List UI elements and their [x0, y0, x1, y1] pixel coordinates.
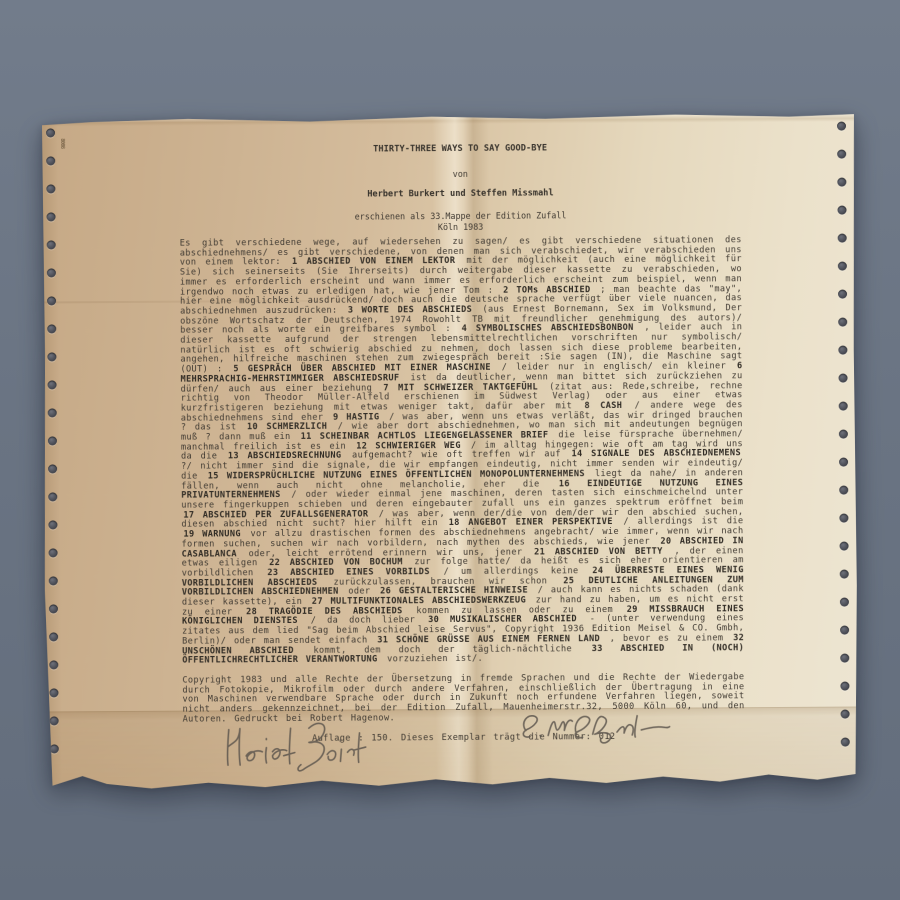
tractor-hole	[839, 458, 848, 467]
tractor-hole	[49, 548, 58, 557]
tractor-hole	[840, 570, 849, 579]
tractor-hole	[837, 206, 846, 215]
tractor-hole	[838, 262, 847, 271]
tractor-hole	[841, 710, 850, 719]
tractor-hole	[839, 430, 848, 439]
authors: Herbert Burkert und Steffen Missmahl	[179, 187, 741, 200]
tractor-hole	[840, 542, 849, 551]
tractor-hole	[840, 598, 849, 607]
tractor-hole	[841, 738, 850, 747]
tractor-hole	[839, 486, 848, 495]
tractor-hole	[47, 352, 56, 361]
tractor-hole	[46, 156, 55, 165]
numbered-item: 8 CASH	[582, 401, 624, 411]
paper: 8008 THIRTY-THREE WAYS TO SAY GOOD-BYE v…	[42, 114, 858, 793]
tractor-hole	[47, 296, 56, 305]
tractor-hole	[49, 632, 58, 641]
tractor-hole	[840, 682, 849, 691]
tractor-hole-column-right	[837, 122, 850, 747]
tractor-hole	[48, 436, 57, 445]
signature-herbert-burkert	[222, 714, 374, 775]
tractor-hole	[839, 514, 848, 523]
tractor-hole	[838, 346, 847, 355]
title-block: THIRTY-THREE WAYS TO SAY GOOD-BYE von He…	[179, 114, 742, 233]
tractor-hole	[838, 318, 847, 327]
tractor-hole	[837, 150, 846, 159]
tractor-hole	[840, 626, 849, 635]
tractor-hole	[50, 716, 59, 725]
tractor-hole	[840, 654, 849, 663]
tractor-hole	[47, 324, 56, 333]
signature-s-missmahl	[512, 705, 674, 754]
tractor-hole	[46, 184, 55, 193]
tractor-hole	[838, 290, 847, 299]
tractor-hole	[48, 520, 57, 529]
tractor-hole	[837, 122, 846, 131]
tractor-hole	[47, 212, 56, 221]
edge-stamp: 8008	[59, 138, 64, 148]
tractor-hole	[48, 492, 57, 501]
body-paragraph: Es gibt verschiedene wege, auf wiederseh…	[180, 236, 745, 666]
body-text-run: vorzuziehen ist/.	[380, 654, 483, 665]
tractor-hole	[48, 380, 57, 389]
byline: von	[179, 167, 741, 180]
tractor-hole	[47, 268, 56, 277]
body-text-run: oder	[341, 587, 378, 597]
tractor-hole	[49, 688, 58, 697]
tractor-hole	[838, 234, 847, 243]
tractor-hole	[839, 402, 848, 411]
tractor-hole	[837, 178, 846, 187]
tractor-hole	[49, 604, 58, 613]
edition-line2: Köln 1983	[180, 220, 742, 234]
tractor-hole	[48, 464, 57, 473]
text-column: THIRTY-THREE WAYS TO SAY GOOD-BYE von He…	[179, 114, 745, 745]
document-sheet: 8008 THIRTY-THREE WAYS TO SAY GOOD-BYE v…	[42, 114, 858, 793]
tractor-hole	[46, 128, 55, 137]
tractor-hole	[48, 408, 57, 417]
tractor-hole	[49, 660, 58, 669]
tractor-hole	[47, 240, 56, 249]
document-title: THIRTY-THREE WAYS TO SAY GOOD-BYE	[179, 142, 741, 155]
tractor-hole	[50, 744, 59, 753]
body-text-run: , bevor es zu einem	[602, 633, 731, 644]
tractor-hole	[839, 374, 848, 383]
tractor-hole	[49, 576, 58, 585]
edition-info: erschienen als 33.Mappe der Edition Zufa…	[180, 209, 742, 233]
